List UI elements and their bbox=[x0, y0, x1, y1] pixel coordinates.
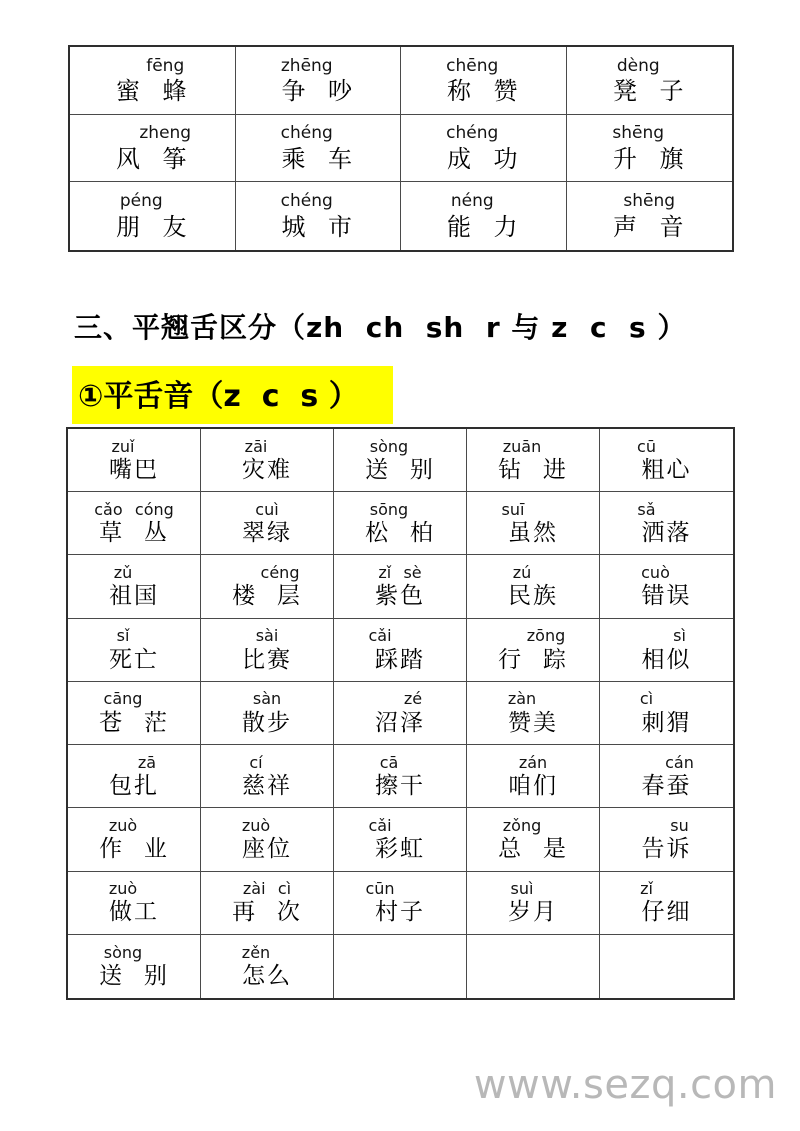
pinyin-label: zǐ bbox=[640, 880, 653, 898]
pinyin-label: zàn bbox=[508, 690, 536, 708]
pinyin-label: zheng bbox=[139, 124, 191, 144]
pinyin-label: cǎi bbox=[368, 627, 391, 645]
hanzi-word: 散步 bbox=[242, 709, 292, 738]
hanzi-word: 错误 bbox=[642, 582, 692, 611]
vocab-cell: chéng 城 市 bbox=[236, 182, 402, 250]
pinyin-label: dèng bbox=[617, 57, 660, 77]
hanzi-word: 告诉 bbox=[642, 835, 692, 864]
hanzi-word: 民族 bbox=[508, 582, 558, 611]
pinyin-label: sòng bbox=[370, 438, 408, 456]
hanzi-word: 村子 bbox=[375, 898, 425, 927]
hanzi-word: 朋 友 bbox=[116, 212, 188, 242]
vocab-cell: zán 咱们 bbox=[467, 745, 600, 808]
hanzi-word: 升 旗 bbox=[613, 144, 685, 174]
hanzi-word: 风 筝 bbox=[116, 144, 188, 174]
hanzi-word: 成 功 bbox=[447, 144, 519, 174]
pinyin-label: zuò bbox=[242, 817, 270, 835]
pinyin-label: cā bbox=[380, 754, 399, 772]
vocab-cell: fēng 蜜 蜂 bbox=[70, 47, 236, 115]
vocab-cell: cǎo cóng 草 丛 bbox=[68, 492, 201, 555]
hanzi-word: 相似 bbox=[642, 646, 692, 675]
vocab-cell: cū 粗心 bbox=[600, 429, 733, 492]
hanzi-word: 草 丛 bbox=[99, 519, 169, 548]
vocab-cell: péng 朋 友 bbox=[70, 182, 236, 250]
pinyin-label: zōng bbox=[527, 627, 565, 645]
hanzi-word: 怎么 bbox=[242, 962, 292, 991]
vocab-cell: sǐ 死亡 bbox=[68, 619, 201, 682]
vocab-cell: zuān 钻 进 bbox=[467, 429, 600, 492]
watermark: www.sezq.com bbox=[474, 1062, 777, 1108]
vocab-cell: sàn 散步 bbox=[201, 682, 334, 745]
section-heading: 三、平翘舌区分（zh ch sh r 与 z c s ） bbox=[74, 306, 686, 346]
pinyin-label: cǎo cóng bbox=[94, 501, 174, 519]
vocab-cell-empty bbox=[600, 935, 733, 998]
hanzi-word: 城 市 bbox=[282, 212, 354, 242]
vocab-cell: zǔ 祖国 bbox=[68, 555, 201, 618]
vocab-cell: cuò 错误 bbox=[600, 555, 733, 618]
vocab-cell: cūn 村子 bbox=[334, 872, 467, 935]
pinyin-label: zuò bbox=[109, 880, 137, 898]
top-vocab-table: fēng 蜜 蜂 zhēng 争 吵 chēng 称 赞 dèng 凳 子 zh… bbox=[68, 45, 734, 252]
vocab-cell: zā 包扎 bbox=[68, 745, 201, 808]
hanzi-word: 咱们 bbox=[508, 772, 558, 801]
pinyin-label: zhēng bbox=[281, 57, 333, 77]
vocab-cell: zǐ 仔细 bbox=[600, 872, 733, 935]
hanzi-word: 松 柏 bbox=[365, 519, 435, 548]
hanzi-word: 嘴巴 bbox=[109, 456, 159, 485]
pinyin-label: céng bbox=[261, 564, 300, 582]
hanzi-word: 作 业 bbox=[99, 835, 169, 864]
vocab-cell: zàn 赞美 bbox=[467, 682, 600, 745]
hanzi-word: 做工 bbox=[109, 898, 159, 927]
hanzi-word: 翠绿 bbox=[242, 519, 292, 548]
vocab-cell: zuǐ 嘴巴 bbox=[68, 429, 201, 492]
pinyin-label: péng bbox=[120, 192, 163, 212]
pinyin-label: zuān bbox=[503, 438, 541, 456]
pinyin-label: cuò bbox=[641, 564, 670, 582]
flat-tongue-vocab-table: zuǐ 嘴巴 zāi 灾难 sòng 送 别 zuān 钻 进 cū 粗心 cǎ… bbox=[66, 427, 735, 1000]
hanzi-word: 再 次 bbox=[232, 898, 302, 927]
hanzi-word: 踩踏 bbox=[375, 646, 425, 675]
vocab-cell: suī 虽然 bbox=[467, 492, 600, 555]
hanzi-word: 能 力 bbox=[447, 212, 519, 242]
pinyin-label: cì bbox=[640, 690, 653, 708]
vocab-cell: zuò 做工 bbox=[68, 872, 201, 935]
vocab-cell: chéng 乘 车 bbox=[236, 115, 402, 183]
hanzi-word: 慈祥 bbox=[242, 772, 292, 801]
vocab-cell: néng 能 力 bbox=[401, 182, 567, 250]
hanzi-word: 紫色 bbox=[375, 582, 425, 611]
vocab-cell-empty bbox=[467, 935, 600, 998]
vocab-cell: zuò 座位 bbox=[201, 808, 334, 871]
hanzi-word: 苍 茫 bbox=[99, 709, 169, 738]
vocab-cell: dèng 凳 子 bbox=[567, 47, 733, 115]
hanzi-word: 送 别 bbox=[365, 456, 435, 485]
vocab-cell: suì 岁月 bbox=[467, 872, 600, 935]
pinyin-label: sàn bbox=[253, 690, 281, 708]
pinyin-label: fēng bbox=[146, 57, 184, 77]
pinyin-label: cuì bbox=[255, 501, 278, 519]
pinyin-label: sì bbox=[673, 627, 686, 645]
pinyin-label: chēng bbox=[446, 57, 498, 77]
worksheet-page: fēng 蜜 蜂 zhēng 争 吵 chēng 称 赞 dèng 凳 子 zh… bbox=[0, 0, 800, 1131]
vocab-cell: cán 春蚕 bbox=[600, 745, 733, 808]
vocab-cell: chéng 成 功 bbox=[401, 115, 567, 183]
vocab-cell: sōng 松 柏 bbox=[334, 492, 467, 555]
hanzi-word: 擦干 bbox=[375, 772, 425, 801]
hanzi-word: 春蚕 bbox=[642, 772, 692, 801]
pinyin-label: cǎi bbox=[368, 817, 391, 835]
vocab-cell: shēng 升 旗 bbox=[567, 115, 733, 183]
vocab-cell: cǎi 踩踏 bbox=[334, 619, 467, 682]
pinyin-label: cūn bbox=[365, 880, 394, 898]
pinyin-label: chéng bbox=[281, 192, 333, 212]
pinyin-label: zé bbox=[404, 690, 422, 708]
pinyin-label: zuǐ bbox=[112, 438, 135, 456]
hanzi-word: 送 别 bbox=[99, 962, 169, 991]
pinyin-label: zuò bbox=[109, 817, 137, 835]
pinyin-label: zāi bbox=[245, 438, 268, 456]
pinyin-label: zú bbox=[513, 564, 532, 582]
pinyin-label: zán bbox=[519, 754, 547, 772]
hanzi-word: 仔细 bbox=[642, 898, 692, 927]
pinyin-label: zǔ bbox=[114, 564, 133, 582]
hanzi-word: 粗心 bbox=[642, 456, 692, 485]
hanzi-word: 声 音 bbox=[613, 212, 685, 242]
vocab-cell-empty bbox=[334, 935, 467, 998]
pinyin-label: shēng bbox=[612, 124, 664, 144]
hanzi-word: 包扎 bbox=[109, 772, 159, 801]
vocab-cell: zěn 怎么 bbox=[201, 935, 334, 998]
vocab-cell: cí 慈祥 bbox=[201, 745, 334, 808]
hanzi-word: 比赛 bbox=[242, 646, 292, 675]
pinyin-label: zěn bbox=[242, 944, 270, 962]
vocab-cell: sǎ 洒落 bbox=[600, 492, 733, 555]
hanzi-word: 总 是 bbox=[498, 835, 568, 864]
vocab-cell: cì 刺猬 bbox=[600, 682, 733, 745]
hanzi-word: 乘 车 bbox=[282, 144, 354, 174]
vocab-cell: zōng 行 踪 bbox=[467, 619, 600, 682]
vocab-cell: zǐ sè 紫色 bbox=[334, 555, 467, 618]
pinyin-label: zài cì bbox=[243, 880, 291, 898]
pinyin-label: néng bbox=[451, 192, 494, 212]
vocab-cell: cuì 翠绿 bbox=[201, 492, 334, 555]
hanzi-word: 刺猬 bbox=[642, 709, 692, 738]
hanzi-word: 座位 bbox=[242, 835, 292, 864]
pinyin-label: sài bbox=[256, 627, 279, 645]
vocab-cell: zài cì 再 次 bbox=[201, 872, 334, 935]
vocab-cell: zhēng 争 吵 bbox=[236, 47, 402, 115]
pinyin-label: sǎ bbox=[637, 501, 655, 519]
hanzi-word: 祖国 bbox=[109, 582, 159, 611]
vocab-cell: sòng 送 别 bbox=[334, 429, 467, 492]
pinyin-label: cán bbox=[665, 754, 694, 772]
vocab-cell: su 告诉 bbox=[600, 808, 733, 871]
vocab-cell: zǒng 总 是 bbox=[467, 808, 600, 871]
pinyin-label: sǐ bbox=[117, 627, 130, 645]
vocab-cell: sài 比赛 bbox=[201, 619, 334, 682]
vocab-cell: cǎi 彩虹 bbox=[334, 808, 467, 871]
vocab-cell: sòng 送 别 bbox=[68, 935, 201, 998]
pinyin-label: chéng bbox=[446, 124, 498, 144]
hanzi-word: 洒落 bbox=[642, 519, 692, 548]
hanzi-word: 岁月 bbox=[508, 898, 558, 927]
hanzi-word: 死亡 bbox=[109, 646, 159, 675]
pinyin-label: cāng bbox=[104, 690, 143, 708]
vocab-cell: sì 相似 bbox=[600, 619, 733, 682]
vocab-cell: shēng 声 音 bbox=[567, 182, 733, 250]
subsection-heading-highlighted: ①平舌音（z c s ） bbox=[72, 366, 393, 424]
hanzi-word: 称 赞 bbox=[447, 76, 519, 106]
pinyin-label: su bbox=[670, 817, 688, 835]
hanzi-word: 行 踪 bbox=[498, 646, 568, 675]
hanzi-word: 钻 进 bbox=[498, 456, 568, 485]
pinyin-label: zǒng bbox=[503, 817, 541, 835]
pinyin-label: sōng bbox=[370, 501, 408, 519]
pinyin-label: chéng bbox=[281, 124, 333, 144]
hanzi-word: 凳 子 bbox=[613, 76, 685, 106]
hanzi-word: 争 吵 bbox=[282, 76, 354, 106]
pinyin-label: suì bbox=[511, 880, 534, 898]
vocab-cell: céng 楼 层 bbox=[201, 555, 334, 618]
pinyin-label: zǐ sè bbox=[378, 564, 421, 582]
pinyin-label: shēng bbox=[623, 192, 675, 212]
vocab-cell: zheng 风 筝 bbox=[70, 115, 236, 183]
pinyin-label: zā bbox=[138, 754, 156, 772]
pinyin-label: cū bbox=[637, 438, 656, 456]
vocab-cell: zé 沼泽 bbox=[334, 682, 467, 745]
hanzi-word: 彩虹 bbox=[375, 835, 425, 864]
hanzi-word: 楼 层 bbox=[232, 582, 302, 611]
vocab-cell: cāng 苍 茫 bbox=[68, 682, 201, 745]
vocab-cell: cā 擦干 bbox=[334, 745, 467, 808]
pinyin-label: suī bbox=[502, 501, 525, 519]
vocab-cell: zuò 作 业 bbox=[68, 808, 201, 871]
vocab-cell: zāi 灾难 bbox=[201, 429, 334, 492]
vocab-cell: zú 民族 bbox=[467, 555, 600, 618]
pinyin-label: sòng bbox=[104, 944, 142, 962]
hanzi-word: 赞美 bbox=[508, 709, 558, 738]
hanzi-word: 蜜 蜂 bbox=[116, 76, 188, 106]
vocab-cell: chēng 称 赞 bbox=[401, 47, 567, 115]
hanzi-word: 灾难 bbox=[242, 456, 292, 485]
hanzi-word: 虽然 bbox=[508, 519, 558, 548]
hanzi-word: 沼泽 bbox=[375, 709, 425, 738]
pinyin-label: cí bbox=[249, 754, 262, 772]
